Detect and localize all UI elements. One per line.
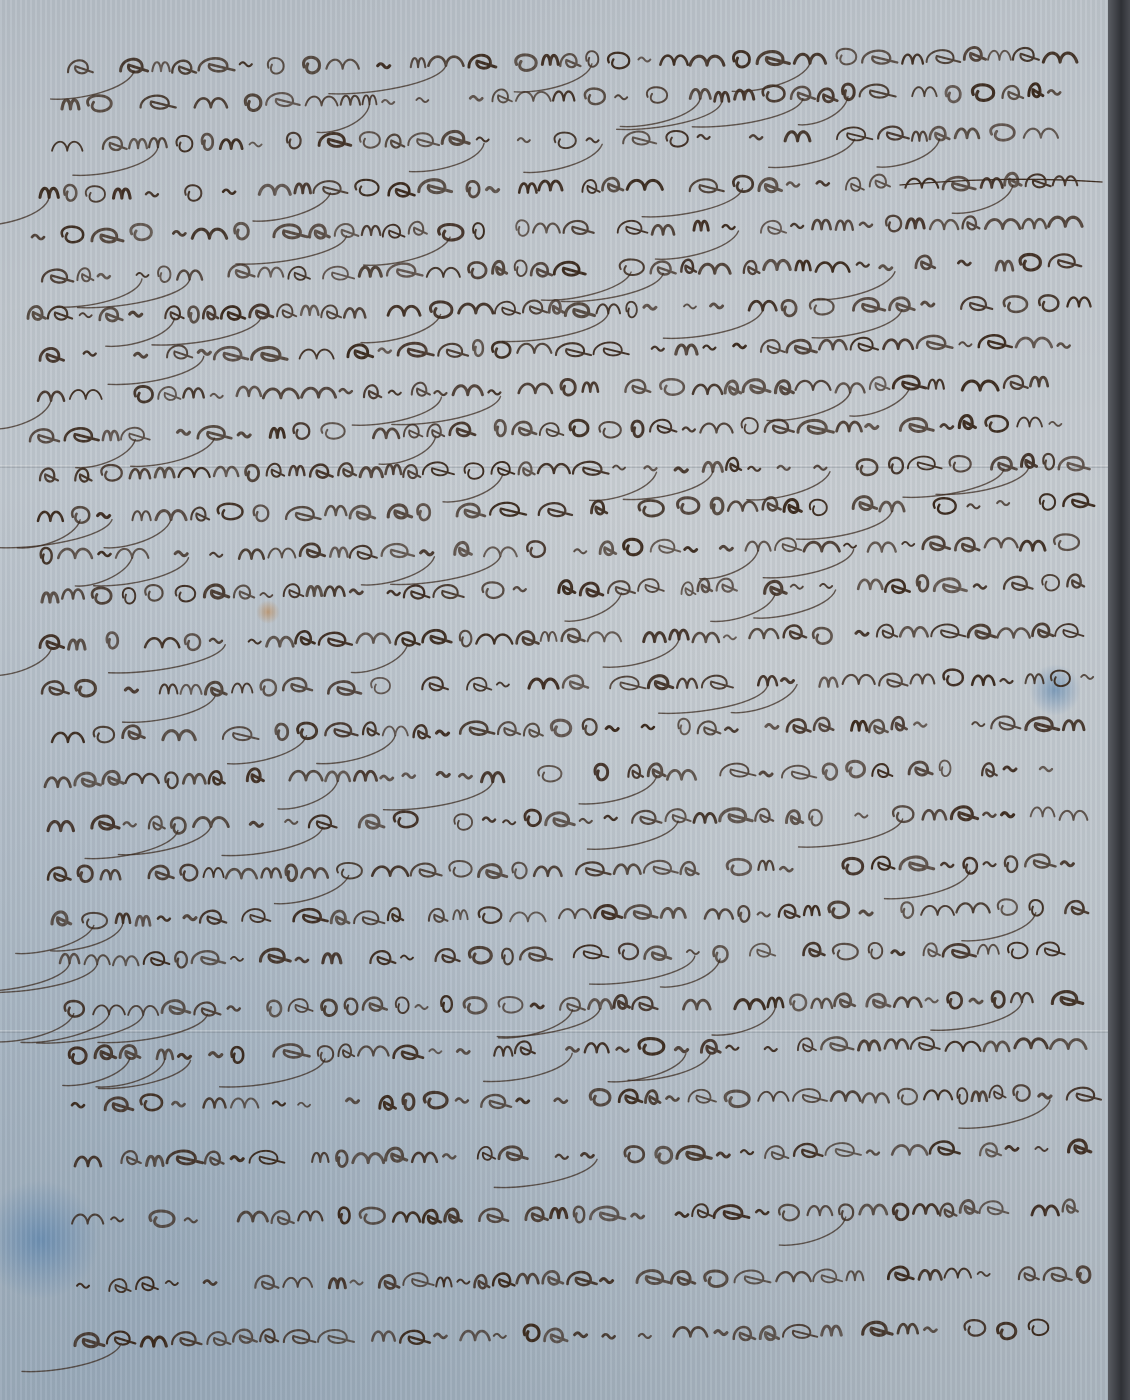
handwritten-line [0,624,1083,676]
handwritten-line [63,1037,1086,1089]
handwritten-line [48,855,1073,904]
handwritten-line [40,454,1090,502]
handwritten-text [0,0,1108,1400]
dark-background-edge [1108,0,1130,1400]
blue-stain [1029,664,1081,716]
handwritten-line [48,806,1087,858]
fold-crease [0,465,1108,468]
handwritten-line [0,992,1083,1044]
handwritten-line [51,47,1077,99]
blue-stain [0,1180,100,1300]
rust-stain [256,600,280,624]
fold-crease [0,1030,1108,1033]
handwritten-line [30,416,1061,468]
handwritten-line [22,1320,1048,1372]
handwritten-line [0,494,1094,548]
handwritten-line [0,173,1077,225]
handwritten-line [42,670,1093,723]
handwritten-line [32,216,1082,266]
handwritten-line [42,575,1084,622]
handwritten-line [52,125,1058,176]
handwritten-line [41,534,1079,586]
handwritten-line [16,899,1088,953]
handwritten-line [42,254,1081,307]
handwritten-line [72,1085,1101,1128]
handwritten-line [45,761,1052,810]
handwritten-line [28,295,1091,346]
handwritten-line [0,942,1065,992]
handwritten-line [40,335,1070,384]
ink-rule-line [900,179,1102,185]
manuscript-page: Handwritten Tamil text — not transcribed… [0,0,1108,1400]
handwritten-line [72,1200,1078,1246]
handwritten-line [52,716,1084,763]
handwritten-line [77,1267,1090,1292]
handwritten-line [62,84,1060,133]
handwritten-line [0,376,1048,429]
handwritten-line [75,1140,1091,1188]
